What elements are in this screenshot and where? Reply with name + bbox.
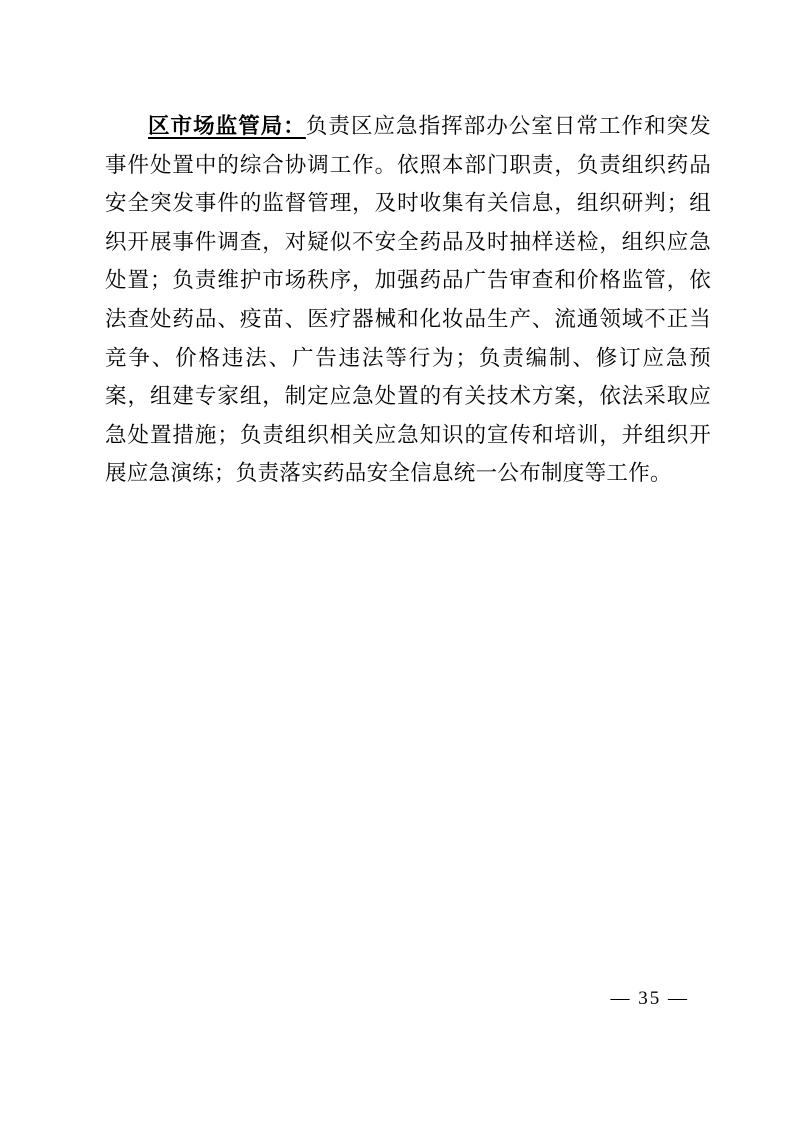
document-page: 区市场监管局：负责区应急指挥部办公室日常工作和突发事件处置中的综合协调工作。依照… <box>0 0 793 1122</box>
document-body: 区市场监管局：负责区应急指挥部办公室日常工作和突发事件处置中的综合协调工作。依照… <box>105 107 711 493</box>
body-paragraph: 区市场监管局：负责区应急指挥部办公室日常工作和突发事件处置中的综合协调工作。依照… <box>105 107 711 493</box>
page-number: — 35 — <box>611 988 690 1010</box>
paragraph-heading: 区市场监管局： <box>148 114 306 138</box>
paragraph-body: 负责区应急指挥部办公室日常工作和突发事件处置中的综合协调工作。依照本部门职责，负… <box>105 114 711 485</box>
